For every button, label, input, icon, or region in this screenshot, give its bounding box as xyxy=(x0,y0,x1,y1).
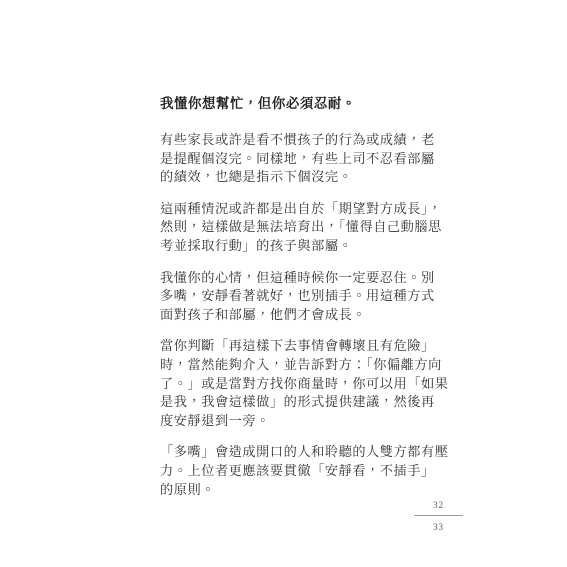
page-number-top: 32 xyxy=(414,499,463,511)
text-line: 的原則。 xyxy=(160,481,450,500)
book-page-background: { "page": { "title": "我懂你想幫忙，但你必須忍耐。", "… xyxy=(0,0,567,567)
paragraph-1: 有些家長或許是看不慣孩子的行為或成績，老 是提醒個沒完。同樣地，有些上司不忍看部… xyxy=(160,131,450,187)
text-line: 考並採取行動」的孩子與部屬。 xyxy=(160,237,450,256)
text-line: 度安靜退到一旁。 xyxy=(160,412,450,431)
section-title: 我懂你想幫忙，但你必須忍耐。 xyxy=(160,94,450,113)
text-line: 的績效，也總是指示下個沒完。 xyxy=(160,168,450,187)
text-line: 這兩種情況或許都是出自於「期望對方成長」， xyxy=(160,200,450,219)
text-line: 力。上位者更應該要貫徹「安靜看，不插手」 xyxy=(160,462,450,481)
text-line: 了。」或是當對方找你商量時，你可以用「如果 xyxy=(160,375,450,394)
page-number-bottom: 33 xyxy=(414,521,463,533)
paragraph-3: 我懂你的心情，但這種時候你一定要忍住。別 多嘴，安靜看著就好，也別插手。用這種方… xyxy=(160,269,450,325)
text-line: 時，當然能夠介入，並告訴對方：「你偏離方向 xyxy=(160,356,450,375)
text-line: 是我，我會這樣做」的形式提供建議，然後再 xyxy=(160,393,450,412)
text-line: 然則，這樣做是無法培育出，「懂得自己動腦思 xyxy=(160,218,450,237)
text-line: 面對孩子和部屬，他們才會成長。 xyxy=(160,306,450,325)
book-page-text-block: 我懂你想幫忙，但你必須忍耐。 有些家長或許是看不慣孩子的行為或成績，老 是提醒個… xyxy=(160,94,450,512)
page-number-divider-line xyxy=(414,515,463,516)
paragraph-5: 「多嘴」會造成開口的人和聆聽的人雙方都有壓 力。上位者更應該要貫徹「安靜看，不插… xyxy=(160,443,450,499)
page-number-block: 32 33 xyxy=(414,499,463,533)
text-line: 「多嘴」會造成開口的人和聆聽的人雙方都有壓 xyxy=(160,443,450,462)
paragraph-2: 這兩種情況或許都是出自於「期望對方成長」， 然則，這樣做是無法培育出，「懂得自己… xyxy=(160,200,450,256)
text-line: 多嘴，安靜看著就好，也別插手。用這種方式 xyxy=(160,287,450,306)
text-line: 當你判斷「再這樣下去事情會轉壞且有危險」 xyxy=(160,337,450,356)
text-line: 是提醒個沒完。同樣地，有些上司不忍看部屬 xyxy=(160,150,450,169)
text-line: 我懂你的心情，但這種時候你一定要忍住。別 xyxy=(160,269,450,288)
paragraph-4: 當你判斷「再這樣下去事情會轉壞且有危險」 時，當然能夠介入，並告訴對方：「你偏離… xyxy=(160,337,450,430)
text-line: 有些家長或許是看不慣孩子的行為或成績，老 xyxy=(160,131,450,150)
